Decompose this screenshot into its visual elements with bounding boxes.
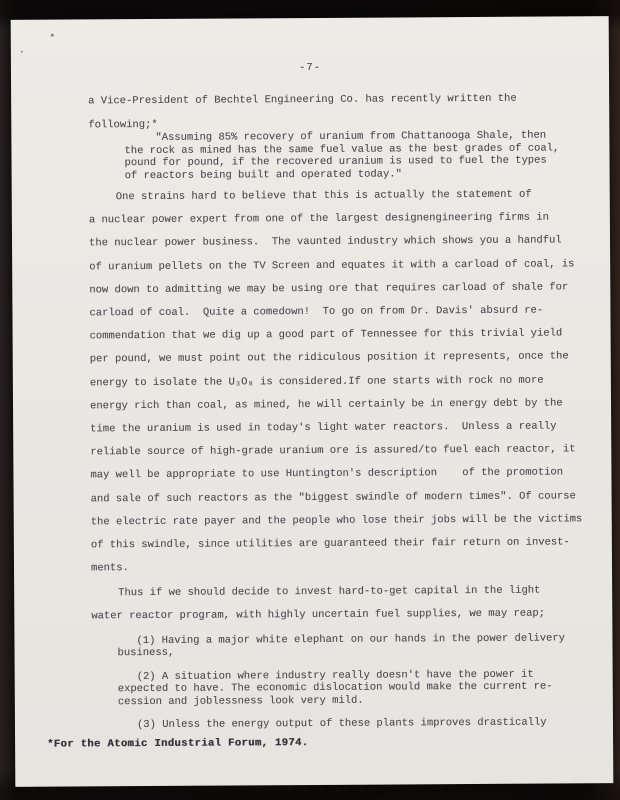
blockquote: "Assuming 85% recovery of uranium from C… [124, 129, 559, 182]
text-line: the electric rate payer and the people w… [91, 508, 583, 534]
document-page: -7- a Vice-President of Bechtel Engineer… [11, 16, 614, 787]
text-line: time the uranium is used in today's ligh… [90, 415, 582, 441]
list-item-2: (2) A situation where industry really do… [118, 669, 553, 709]
paper-speck [51, 34, 54, 37]
footnote: *For the Atomic Industrial Forum, 1974. [47, 737, 308, 751]
text-line: carload of coal. Quite a comedown! To go… [89, 299, 581, 325]
text-line: One strains hard to believe that this is… [89, 183, 581, 209]
text-line: business, [117, 645, 565, 660]
text-line: commendation that we dig up a good part … [90, 323, 582, 349]
paper-speck [21, 51, 23, 53]
body-paragraph-2: Thus if we should decide to invest hard-… [91, 580, 545, 629]
text-line: of reactors being built and operated tod… [125, 167, 560, 182]
text-line: of uranium pellets on the TV Screen and … [89, 253, 581, 279]
text-line: pound for pound, if the recovered uraniu… [125, 154, 560, 169]
text-line: may well be appropriate to use Huntingto… [90, 462, 582, 488]
page-number: -7- [11, 60, 609, 76]
list-item-1: (1) Having a major white elephant on our… [117, 632, 565, 659]
text-line: *For the Atomic Industrial Forum, 1974. [47, 737, 308, 751]
list-item-3: (3) Unless the energy output of these pl… [118, 717, 547, 732]
text-line: energy to isolate the U₃O₈ is considered… [90, 369, 582, 395]
text-line: a nuclear power expert from one of the l… [89, 207, 581, 233]
text-line: energy rich than coal, as mined, he will… [90, 392, 582, 418]
text-line: reliable source of high-grade uranium or… [90, 439, 582, 465]
text-line: and sale of such reactors as the "bigges… [91, 485, 583, 511]
text-line: (3) Unless the energy output of these pl… [118, 717, 547, 732]
text-line: of this swindle, since utilities are gua… [91, 531, 583, 557]
scan-background: -7- a Vice-President of Bechtel Engineer… [0, 0, 620, 800]
body-paragraph-1: One strains hard to believe that this is… [89, 183, 583, 580]
text-line: ments. [91, 555, 583, 581]
text-line: per pound, we must point out the ridicul… [90, 346, 582, 372]
text-line: a Vice-President of Bechtel Engineering … [88, 87, 517, 114]
text-line: the nuclear power business. The vaunted … [89, 230, 581, 256]
text-line: Thus if we should decide to invest hard-… [91, 580, 545, 606]
text-line: water reactor program, with highly uncer… [91, 603, 545, 629]
text-line: cession and joblessness look very mild. [118, 693, 553, 708]
text-line: now down to admitting we may be using or… [89, 276, 581, 302]
